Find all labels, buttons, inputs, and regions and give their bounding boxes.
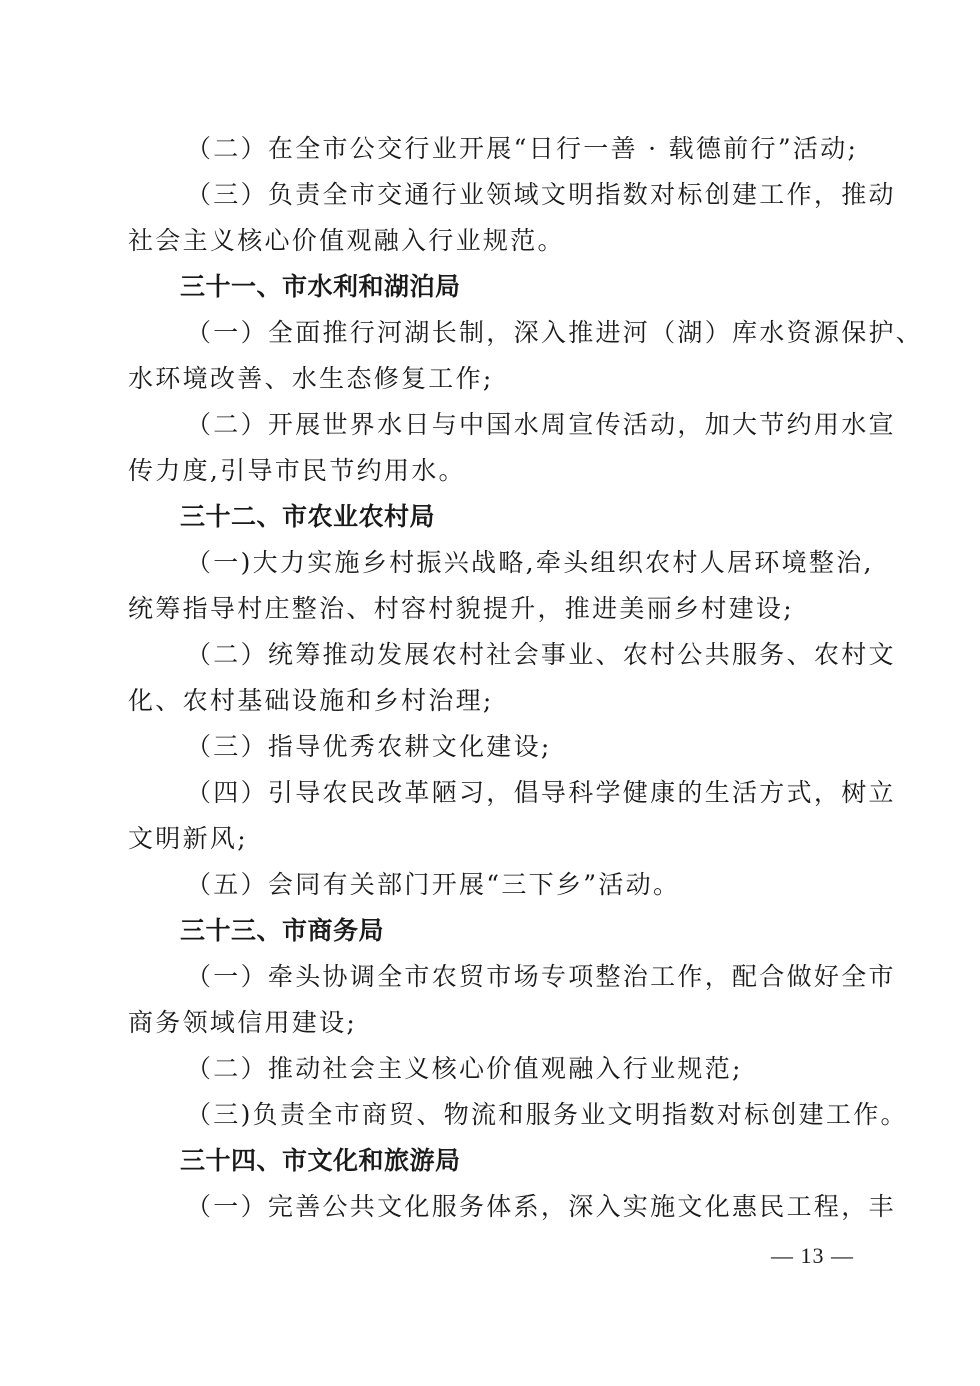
section-heading: 三十一、市水利和湖泊局 bbox=[180, 264, 904, 310]
paragraph-line: （三）指导优秀农耕文化建设; bbox=[186, 724, 852, 770]
paragraph-line: （一)大力实施乡村振兴战略,牵头组织农村人居环境整治, bbox=[186, 540, 852, 586]
document-page: （二）在全市公交行业开展“日行一善 · 载德前行”活动; （三）负责全市交通行业… bbox=[0, 0, 980, 1386]
paragraph-line: （五）会同有关部门开展“三下乡”活动。 bbox=[186, 862, 852, 908]
paragraph-line: 统筹指导村庄整治、村容村貌提升，推进美丽乡村建设; bbox=[128, 586, 852, 632]
paragraph-line: （二）统筹推动发展农村社会事业、农村公共服务、农村文 bbox=[186, 632, 852, 678]
paragraph-line: （二）推动社会主义核心价值观融入行业规范; bbox=[186, 1046, 852, 1092]
section-heading: 三十二、市农业农村局 bbox=[180, 494, 904, 540]
paragraph-line: （一）全面推行河湖长制，深入推进河（湖）库水资源保护、 bbox=[186, 310, 852, 356]
paragraph-line: 传力度,引导市民节约用水。 bbox=[128, 448, 852, 494]
page-number: — 13 — bbox=[771, 1240, 854, 1272]
paragraph-line: （二）在全市公交行业开展“日行一善 · 载德前行”活动; bbox=[186, 126, 852, 172]
paragraph-line: 文明新风; bbox=[128, 816, 852, 862]
paragraph-line: 水环境改善、水生态修复工作; bbox=[128, 356, 852, 402]
paragraph-line: （二）开展世界水日与中国水周宣传活动，加大节约用水宣 bbox=[186, 402, 852, 448]
paragraph-line: （一）完善公共文化服务体系，深入实施文化惠民工程，丰 bbox=[186, 1184, 852, 1230]
paragraph-line: （三）负责全市交通行业领域文明指数对标创建工作，推动 bbox=[186, 172, 852, 218]
section-heading: 三十三、市商务局 bbox=[180, 908, 904, 954]
paragraph-line: （三)负责全市商贸、物流和服务业文明指数对标创建工作。 bbox=[186, 1092, 852, 1138]
paragraph-line: （一）牵头协调全市农贸市场专项整治工作，配合做好全市 bbox=[186, 954, 852, 1000]
section-heading: 三十四、市文化和旅游局 bbox=[180, 1138, 904, 1184]
paragraph-line: 化、农村基础设施和乡村治理; bbox=[128, 678, 852, 724]
paragraph-line: 社会主义核心价值观融入行业规范。 bbox=[128, 218, 852, 264]
paragraph-line: 商务领域信用建设; bbox=[128, 1000, 852, 1046]
paragraph-line: （四）引导农民改革陋习，倡导科学健康的生活方式，树立 bbox=[186, 770, 852, 816]
